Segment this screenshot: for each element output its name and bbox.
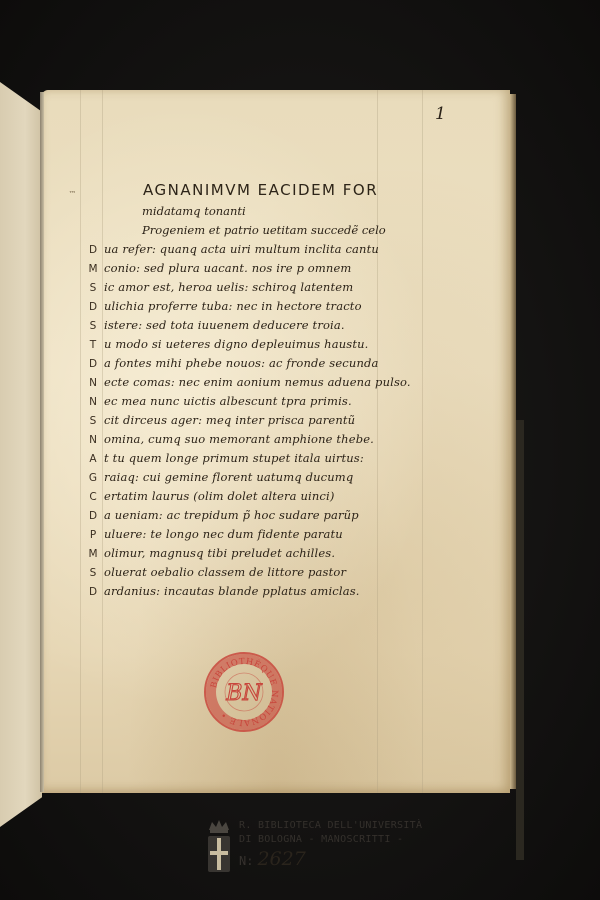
verse-line: Soluerat oebalio classem de littore past… <box>82 565 346 583</box>
verse-text: ec mea nunc uictis albescunt tpra primis… <box>104 394 352 408</box>
verse-text: oluerat oebalio classem de littore pasto… <box>104 565 346 579</box>
verse-initial: N <box>82 396 104 408</box>
left-page-edge <box>0 82 42 827</box>
verse-initial: N <box>82 377 104 389</box>
verse-text: conio: sed plura uacant. nos ire p omnem <box>104 261 351 275</box>
verse-text: a ueniam: ac trepidum p̃ hoc sudare paru… <box>104 508 359 522</box>
binding-shadow <box>516 420 524 860</box>
book-gutter <box>40 92 44 792</box>
bn-monogram-icon: BIBLIOTHÈQUE NATIONALE • BN <box>206 654 282 730</box>
verse-initial: D <box>82 301 104 313</box>
svg-text:BN: BN <box>225 681 262 706</box>
verse-initial: M <box>82 263 104 275</box>
verse-text: ertatim laurus (olim dolet altera uinci) <box>104 489 334 503</box>
verse-initial: S <box>82 320 104 332</box>
verse-initial: P <box>82 529 104 541</box>
ruling-line <box>422 90 423 793</box>
verse-line: Da fontes mihi phebe nouos: ac fronde se… <box>82 356 379 374</box>
verse-text: u modo si ueteres digno depleuimus haust… <box>104 337 368 351</box>
verse-line: Mconio: sed plura uacant. nos ire p omne… <box>82 261 351 279</box>
verse-line: Dardanius: incautas blande pplatus amicl… <box>82 584 360 602</box>
stamp-line-library: R. BIBLIOTECA DELL'UNIVERSITÀ <box>239 820 422 831</box>
verse-initial: G <box>82 472 104 484</box>
verse-line: Puluere: te longo nec dum fidente paratu <box>82 527 343 545</box>
verse-text: t tu quem longe primum stupet itala uirt… <box>104 451 364 465</box>
verse-initial: D <box>82 358 104 370</box>
verse-line: Nec mea nunc uictis albescunt tpra primi… <box>82 394 352 412</box>
verse-text: ardanius: incautas blande pplatus amicla… <box>104 584 360 598</box>
verse-line: Tu modo si ueteres digno depleuimus haus… <box>82 337 368 355</box>
shelfmark-label: N: <box>239 854 253 868</box>
verse-initial: S <box>82 415 104 427</box>
verse-initial: C <box>82 491 104 503</box>
verse-text: istere: sed tota iuuenem deducere troia. <box>104 318 345 332</box>
verse-initial: N <box>82 434 104 446</box>
verse-initial: D <box>82 244 104 256</box>
manuscript-page: 1 ™ AGNANIMVM EACIDEM FOR midatamq̧ tona… <box>42 90 510 793</box>
verse-line: Sic amor est, heroa uelis: schiroq̧ late… <box>82 280 353 298</box>
verse-initial: M <box>82 548 104 560</box>
verse-text: a fontes mihi phebe nouos: ac fronde sec… <box>104 356 379 370</box>
verse-text: ulichia proferre tuba: nec in hectore tr… <box>104 299 362 313</box>
incipit-title: AGNANIMVM EACIDEM FOR <box>143 181 378 199</box>
verse-text: ic amor est, heroa uelis: schiroq̧ laten… <box>104 280 353 294</box>
folio-number: 1 <box>435 104 446 124</box>
verse-initial: S <box>82 282 104 294</box>
verse-line: Dua refer: quanq̧ acta uiri multum incli… <box>82 242 379 260</box>
shelfmark: N:2627 <box>239 848 306 870</box>
verse-text: uluere: te longo nec dum fidente paratu <box>104 527 343 541</box>
verse-initial: T <box>82 339 104 351</box>
stamp-line-manuscripts: DI BOLOGNA - MANOSCRITTI - <box>239 834 403 845</box>
verse-line: At tu quem longe primum stupet itala uir… <box>82 451 364 469</box>
university-of-bologna-stamp: R. BIBLIOTECA DELL'UNIVERSITÀ DI BOLOGNA… <box>205 818 425 878</box>
verse-line: Sistere: sed tota iuuenem deducere troia… <box>82 318 345 336</box>
verse-line: Graiaq̧: cui gemine florent uatumq̧ ducu… <box>82 470 353 488</box>
verse-initial: D <box>82 586 104 598</box>
verse-text: raiaq̧: cui gemine florent uatumq̧ ducum… <box>104 470 353 484</box>
savoy-crest-icon <box>205 818 233 876</box>
verse-text: ecte comas: nec enim aonium nemus aduena… <box>104 375 411 389</box>
ruling-line <box>80 90 81 793</box>
verse-text: cit dirceus ager: meq̧ inter prisca pare… <box>104 413 355 427</box>
intro-line: midatamq̧ tonanti <box>142 204 246 218</box>
verse-line: Dulichia proferre tuba: nec in hectore t… <box>82 299 362 317</box>
verse-initial: A <box>82 453 104 465</box>
verse-text: omina, cumq̧ suo memorant amphione thebe… <box>104 432 374 446</box>
intro-line: Progeniem et patrio uetitam succedẽ cel… <box>142 223 386 237</box>
title-mark: ™ <box>69 190 76 198</box>
verse-line: Da ueniam: ac trepidum p̃ hoc sudare par… <box>82 508 359 526</box>
shelfmark-number: 2627 <box>257 848 305 870</box>
verse-initial: S <box>82 567 104 579</box>
verse-line: Molimur, magnusq̧ tibi preludet achilles… <box>82 546 335 564</box>
verse-text: ua refer: quanq̧ acta uiri multum inclit… <box>104 242 379 256</box>
verse-initial: D <box>82 510 104 522</box>
verse-line: Nomina, cumq̧ suo memorant amphione theb… <box>82 432 374 450</box>
verse-text: olimur, magnusq̧ tibi preludet achilles. <box>104 546 335 560</box>
verse-line: Scit dirceus ager: meq̧ inter prisca par… <box>82 413 355 431</box>
verse-line: Certatim laurus (olim dolet altera uinci… <box>82 489 334 507</box>
bibliotheque-nationale-stamp: BIBLIOTHÈQUE NATIONALE • BN <box>204 652 284 732</box>
verse-line: Necte comas: nec enim aonium nemus aduen… <box>82 375 411 393</box>
